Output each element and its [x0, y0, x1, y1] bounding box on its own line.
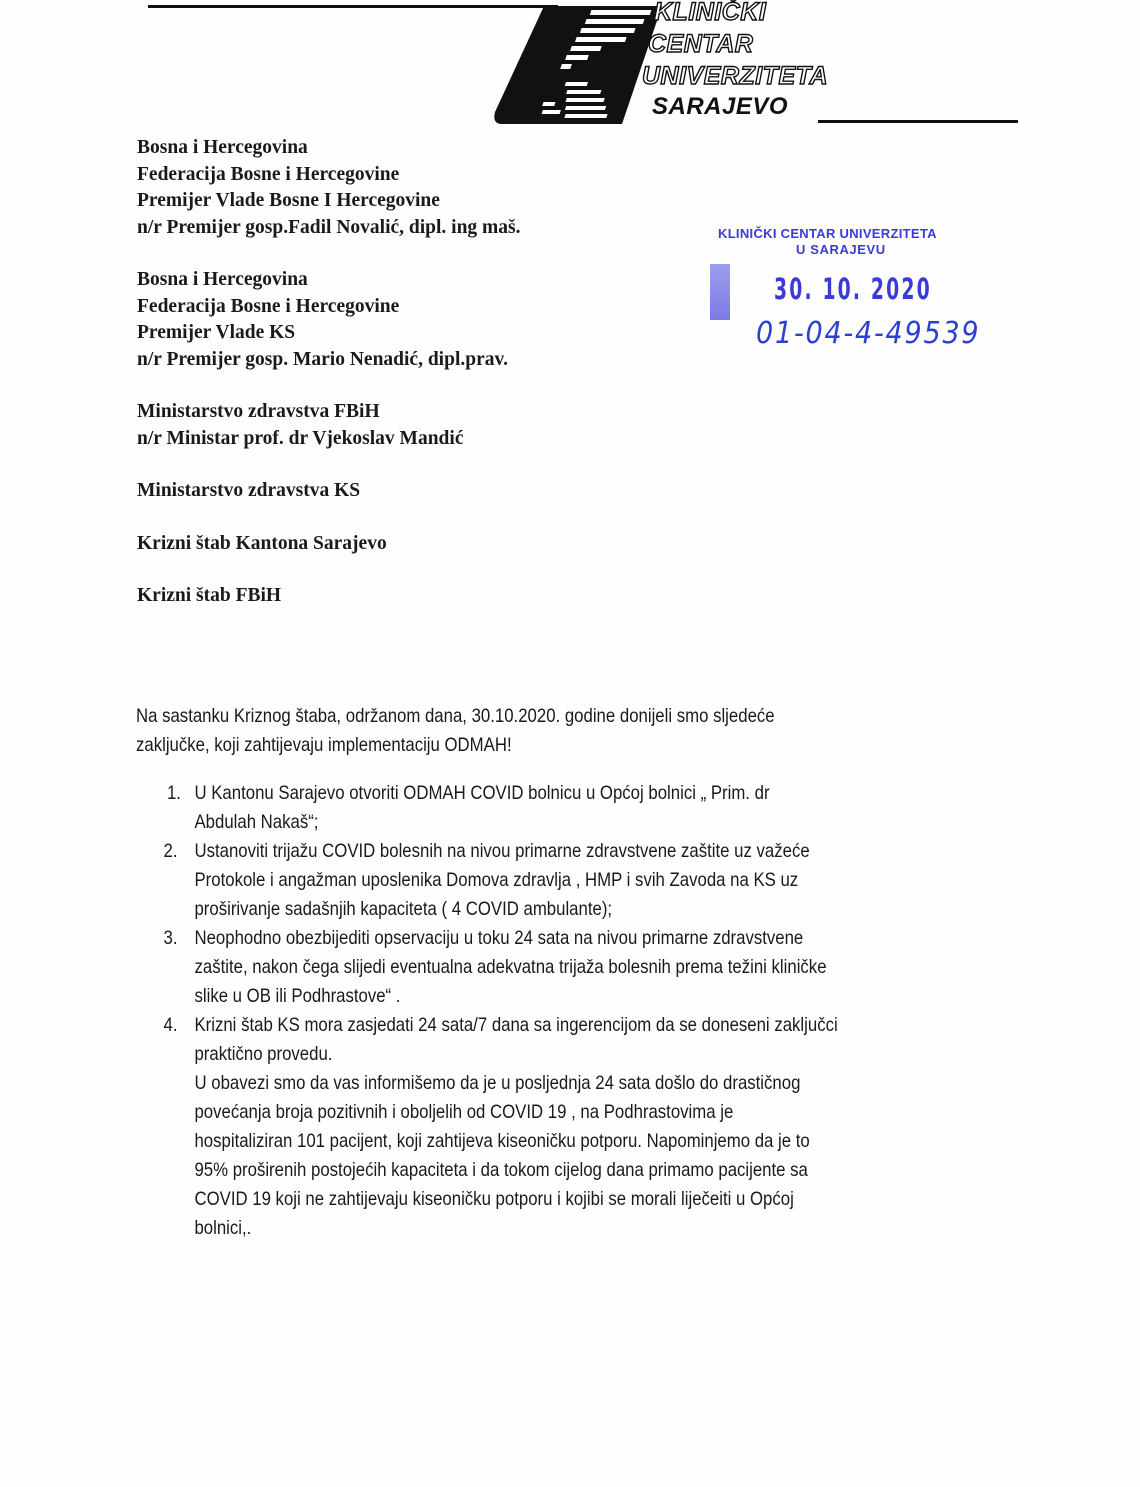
recipient-line: Bosna i Hercegovina — [137, 135, 521, 162]
recipient-group: Krizni štab Kantona Sarajevo — [137, 531, 521, 558]
item-number: 2. — [164, 837, 178, 866]
recipient-group: Krizni štab FBiH — [137, 583, 521, 610]
recipient-line: Bosna i Hercegovina — [137, 267, 521, 294]
closing-line: hospitaliziran 101 pacijent, koji zahtij… — [194, 1127, 1011, 1156]
recipient-line: n/r Premijer gosp. Mario Nenadić, dipl.p… — [137, 347, 521, 374]
logo-line-sarajevo: SARAJEVO — [652, 93, 788, 121]
recipient-group: Ministarstvo zdravstva FBiH n/r Ministar… — [137, 399, 521, 452]
intro-line: Na sastanku Kriznog štaba, održanom dana… — [136, 702, 1013, 731]
recipient-line: Federacija Bosne i Hercegovine — [137, 294, 521, 321]
letter-page: KLINIČKI CENTAR UNIVERZITETA SARAJEVO Bo… — [0, 0, 1140, 1487]
item-line: zaštite, nakon čega slijedi eventualna a… — [194, 953, 1023, 982]
recipient-line: n/r Ministar prof. dr Vjekoslav Mandić — [137, 426, 521, 453]
item-line: proširivanje sadašnjih kapaciteta ( 4 CO… — [194, 895, 1023, 924]
recipient-group: Bosna i Hercegovina Federacija Bosne i H… — [137, 267, 521, 373]
intro-paragraph: Na sastanku Kriznog štaba, održanom dana… — [136, 702, 1013, 760]
item-line: praktično provedu. — [194, 1040, 1023, 1069]
conclusion-item: 4. Krizni štab KS mora zasjedati 24 sata… — [164, 1011, 1024, 1069]
item-number: 4. — [164, 1011, 178, 1040]
closing-line: COVID 19 koji ne zahtijevaju kiseoničku … — [194, 1185, 1011, 1214]
closing-line: U obavezi smo da vas informišemo da je u… — [194, 1069, 1011, 1098]
closing-line: povećanja broja pozitivnih i oboljelih o… — [194, 1098, 1011, 1127]
recipient-line: Premijer Vlade KS — [137, 320, 521, 347]
closing-line: bolnici,. — [194, 1214, 1011, 1243]
recipient-line: Ministarstvo zdravstva KS — [137, 478, 521, 505]
header-rule-right — [818, 120, 1018, 123]
logo-line-klinicki: KLINIČKI — [654, 0, 766, 27]
intro-line: zaključke, koji zahtijevaju implementaci… — [136, 731, 1013, 760]
stamp-reference-number: 01-04-4-49539 — [756, 316, 980, 351]
conclusions-list: 1. U Kantonu Sarajevo otvoriti ODMAH COV… — [136, 779, 1024, 1069]
stamp-institution: KLINIČKI CENTAR UNIVERZITETA — [718, 226, 937, 241]
kcus-logo-icon — [492, 2, 662, 126]
item-line: Protokole i angažman uposlenika Domova z… — [194, 866, 1023, 895]
conclusion-item: 2. Ustanoviti trijažu COVID bolesnih na … — [164, 837, 1024, 924]
recipients-block: Bosna i Hercegovina Federacija Bosne i H… — [137, 135, 521, 636]
item-line: Neophodno obezbijediti opservaciju u tok… — [194, 924, 1023, 953]
item-line: Krizni štab KS mora zasjedati 24 sata/7 … — [194, 1011, 1023, 1040]
item-number: 3. — [164, 924, 178, 953]
recipient-group: Ministarstvo zdravstva KS — [137, 478, 521, 505]
recipient-line: Krizni štab Kantona Sarajevo — [137, 531, 521, 558]
item-line: Abdulah Nakaš“; — [194, 808, 1023, 837]
conclusion-item: 1. U Kantonu Sarajevo otvoriti ODMAH COV… — [164, 779, 1024, 837]
logo-line-univerziteta: UNIVERZITETA — [642, 62, 828, 91]
item-line: Ustanoviti trijažu COVID bolesnih na niv… — [194, 837, 1023, 866]
recipient-line: Premijer Vlade Bosne I Hercegovine — [137, 188, 521, 215]
recipient-line: Ministarstvo zdravstva FBiH — [137, 399, 521, 426]
item-number: 1. — [167, 779, 181, 808]
conclusion-item: 3. Neophodno obezbijediti opservaciju u … — [164, 924, 1024, 1011]
recipient-group: Bosna i Hercegovina Federacija Bosne i H… — [137, 135, 521, 241]
item-line: U Kantonu Sarajevo otvoriti ODMAH COVID … — [194, 779, 1023, 808]
receipt-stamp: KLINIČKI CENTAR UNIVERZITETA U SARAJEVU … — [708, 224, 1038, 354]
closing-line: 95% proširenih postojećih kapaciteta i d… — [194, 1156, 1011, 1185]
stamp-date: 30. 10. 2020 — [774, 272, 932, 306]
recipient-line: n/r Premijer gosp.Fadil Novalić, dipl. i… — [137, 215, 521, 242]
stamp-ink-mark — [710, 264, 730, 320]
stamp-city: U SARAJEVU — [796, 242, 886, 257]
logo-line-centar: CENTAR — [648, 30, 753, 59]
closing-paragraph: U obavezi smo da vas informišemo da je u… — [136, 1069, 1011, 1243]
recipient-line: Federacija Bosne i Hercegovine — [137, 162, 521, 189]
item-line: slike u OB ili Podhrastove“ . — [194, 982, 1023, 1011]
letter-body: Na sastanku Kriznog štaba, održanom dana… — [136, 702, 893, 1243]
recipient-line: Krizni štab FBiH — [137, 583, 521, 610]
